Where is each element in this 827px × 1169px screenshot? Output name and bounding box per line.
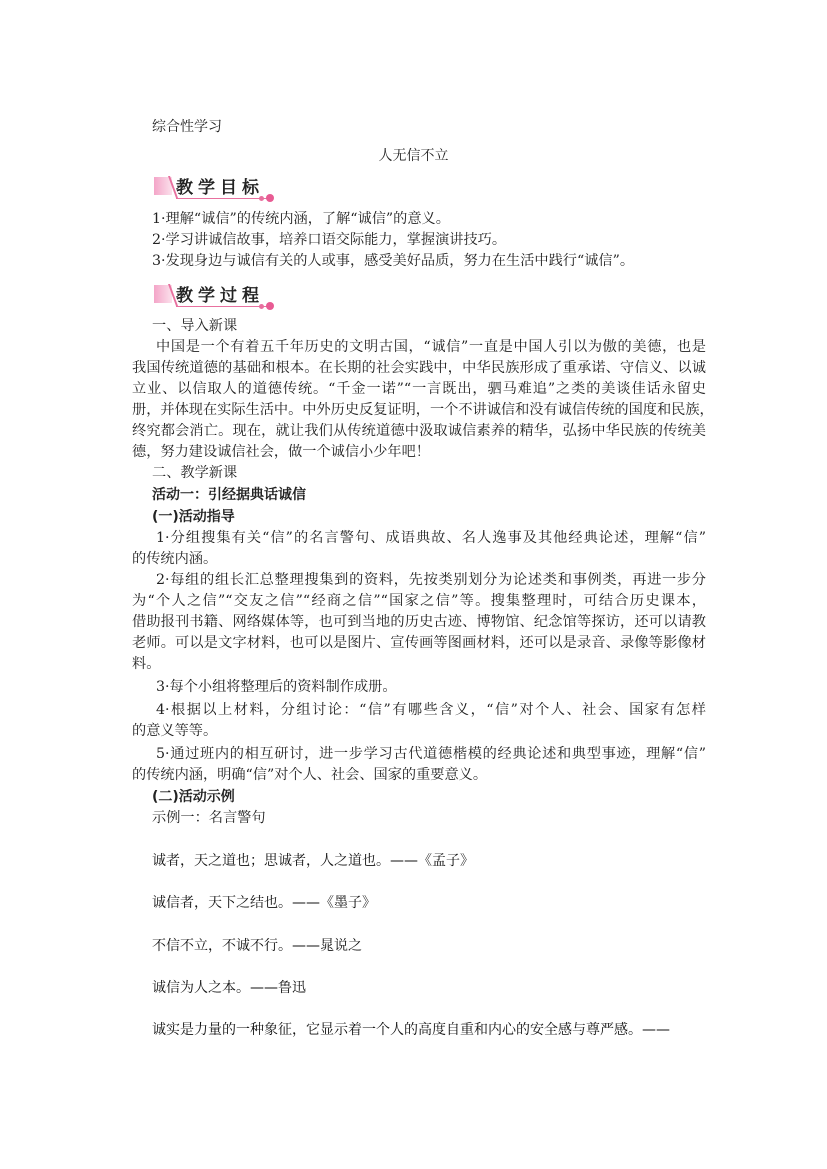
quote-item: 诚信为人之本。——鲁迅 (152, 978, 306, 998)
guide-line: 1·分组搜集有关“信”的名言警句、成语典故、名人逸事及其他经典论述，理解“信” (156, 528, 706, 549)
quote-item: 诚信者，天下之结也。——《墨子》 (152, 893, 376, 913)
subsection-title: (二)活动示例 (152, 787, 726, 808)
paragraph-line: 我国传统道德的基础和根本。在长期的社会实践中，中华民族形成了重承诺、守信义、以诚 (132, 358, 706, 379)
heading-objectives: 教学目标 (154, 173, 274, 201)
document-page: 综合性学习 人无信不立 教学目标 1·理解“诚信”的传统内涵，了解“诚信”的意义… (0, 0, 827, 1169)
guide-line: 的传统内涵。 (132, 549, 706, 570)
quote-item: 诚实是力量的一种象征，它显示着一个人的高度自重和内心的安全感与尊严感。—— (152, 1020, 670, 1040)
paragraph-line: 册，并体现在实际生活中。中外历史反复证明，一个不讲诚信和没有诚信传统的国度和民族… (132, 400, 706, 421)
subsection-title: (一)活动指导 (152, 507, 726, 528)
heading-dot-icon (266, 194, 274, 202)
example-label: 示例一：名言警句 (152, 808, 726, 829)
paragraph-line: 立业、以信取人的道德传统。“千金一诺”“一言既出，驷马难追”之类的美谈佳话永留史 (132, 379, 706, 400)
part-title: 一、导入新课 (152, 316, 726, 337)
heading-dot-icon (259, 304, 264, 309)
guide-line: 2·每组的组长汇总整理搜集到的资料，先按类别划分为论述类和事例类，再进一步分 (156, 570, 706, 591)
heading-underline (176, 198, 271, 199)
guide-line: 3·每个小组将整理后的资料制作成册。 (156, 677, 706, 698)
objective-item: 3·发现身边与诚信有关的人或事，感受美好品质，努力在生活中践行“诚信”。 (152, 251, 712, 272)
document-title: 人无信不立 (0, 145, 827, 165)
guide-line: 老师。可以是文字材料，也可以是图片、宣传画等图画材料，还可以是录音、录像等影像材 (132, 633, 706, 654)
guide-line: 借助报刊书籍、网络媒体等，也可到当地的历史古迹、博物馆、纪念馆等探访，还可以请教 (132, 612, 706, 633)
paragraph-line: 中国是一个有着五千年历史的文明古国，“诚信”一直是中国人引以为傲的美德，也是 (156, 337, 706, 358)
guide-line: 为“个人之信”“交友之信”“经商之信”“国家之信”等。搜集整理时，可结合历史课本… (132, 591, 706, 612)
section-label: 综合性学习 (152, 116, 222, 136)
heading-dot-icon (266, 302, 274, 310)
heading-label: 教学过程 (176, 281, 264, 306)
part-title: 二、教学新课 (152, 463, 726, 484)
guide-line: 5·通过班内的相互研讨，进一步学习古代道德楷模的经典论述和典型事迹，理解“信” (156, 744, 706, 765)
guide-line: 的意义等等。 (132, 721, 706, 742)
guide-line: 料。 (132, 654, 706, 675)
heading-underline (176, 306, 271, 307)
quote-item: 诚者，天之道也；思诚者，人之道也。——《孟子》 (152, 851, 474, 871)
activity-title: 活动一：引经据典话诚信 (152, 485, 726, 506)
quote-item: 不信不立，不诚不行。——晁说之 (152, 936, 362, 956)
guide-line: 4·根据以上材料，分组讨论：“信”有哪些含义，“信”对个人、社会、国家有怎样 (156, 700, 706, 721)
heading-dot-icon (259, 196, 264, 201)
paragraph-line: 终究都会消亡。现在，就让我们从传统道德中汲取诚信素养的精华，弘扬中华民族的传统美 (132, 421, 706, 442)
guide-line: 的传统内涵，明确“信”对个人、社会、国家的重要意义。 (132, 765, 706, 786)
paragraph-line: 德，努力建设诚信社会，做一个诚信小少年吧！ (132, 442, 706, 463)
objective-item: 1·理解“诚信”的传统内涵，了解“诚信”的意义。 (152, 209, 712, 230)
heading-process: 教学过程 (154, 281, 274, 309)
heading-label: 教学目标 (176, 173, 264, 198)
objective-item: 2·学习讲诚信故事，培养口语交际能力，掌握演讲技巧。 (152, 230, 712, 251)
